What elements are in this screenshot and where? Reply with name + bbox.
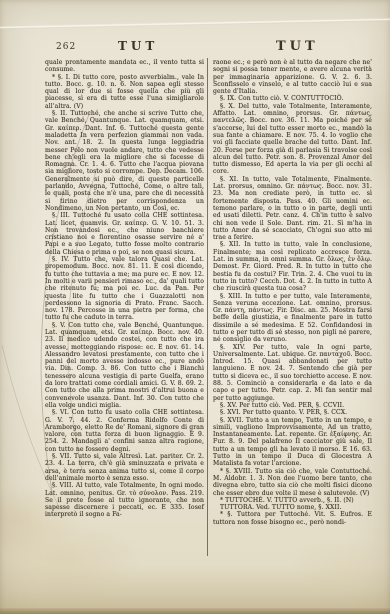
paragraph-section-12: §. XII. In tutto in tutto, vale In concl… — [213, 241, 372, 292]
paragraph-section-5: §. V. Con tutto che, vale Benché, Quantu… — [45, 322, 204, 410]
paragraph-section-18: * §. XVIII. Tutto sia ciò che, vale Cont… — [213, 468, 372, 497]
paragraph-section-9: §. IX. Con tutto ciò. V. CONTUTTOCIÒ. — [213, 95, 372, 102]
paper-fold-crease — [0, 18, 390, 29]
column-divider-rule — [207, 58, 208, 556]
paragraph-section-14: §. XIV. Per tutto, vale In ogni parte, U… — [213, 344, 372, 402]
paragraph-section-3: §. III. Tuttoché fu usato colla CHE sott… — [45, 212, 204, 256]
page-bottom-edge-shadow — [0, 608, 390, 614]
paragraph-continuation: quale prontamente mandata ec., il vento … — [45, 59, 204, 74]
text-column-right: raone ec.; e però non è al tutto da nega… — [213, 59, 372, 526]
entry-tuttora-note: * §. Tuttora per Tuttoché. Vit. S. Eufro… — [213, 511, 372, 526]
paragraph-section-16: §. XVI. Per tutto quanto. V. PER, §. CCX… — [213, 409, 372, 416]
entry-tuttoche-crossref: * TUTTOCHÉ. V. TUTTO avverb., §. II. (N) — [213, 497, 372, 504]
book-page-scan: 262 TUT TUT quale prontamente mandata ec… — [0, 0, 390, 614]
paragraph-section-15: §. XV. Per tutto ciò. Ved. PER, §. CCVII… — [213, 402, 372, 409]
page-number: 262 — [56, 42, 76, 52]
running-head-left: TUT — [118, 39, 158, 53]
paragraph-section-17: §. XVII. Tutto a un tempo, Tutto in un t… — [213, 417, 372, 468]
paragraph-section-7: §. VII. Tutto si, vale Altresì. Lat. par… — [45, 453, 204, 482]
paragraph-section-11: §. XI. In tutto, vale Totalmente, Finalm… — [213, 176, 372, 242]
paragraph-section-8: §. VIII. Al tutto, vale Totalmente, In o… — [45, 482, 204, 518]
paragraph-section-1: * §. I. Di tutto core, posto avverbialm.… — [45, 74, 204, 110]
paragraph-section-4: §. IV. Tutto che, vale talora Quasi che.… — [45, 256, 204, 322]
paragraph-continuation: raone ec.; e però non è al tutto da nega… — [213, 59, 372, 95]
text-column-left: quale prontamente mandata ec., il vento … — [45, 59, 204, 519]
running-head-right: TUT — [276, 39, 319, 54]
paragraph-section-2: §. II. Tuttoché, che anche si scrive Tut… — [45, 110, 204, 212]
paragraph-section-6: §. VI. Con tutto fu usato colla CHE sott… — [45, 409, 204, 453]
paragraph-section-10: §. X. Del tutto, vale Totalmente, Intera… — [213, 103, 372, 176]
paragraph-section-13: §. XIII. In tutto e per tutto, vale Inte… — [213, 293, 372, 344]
